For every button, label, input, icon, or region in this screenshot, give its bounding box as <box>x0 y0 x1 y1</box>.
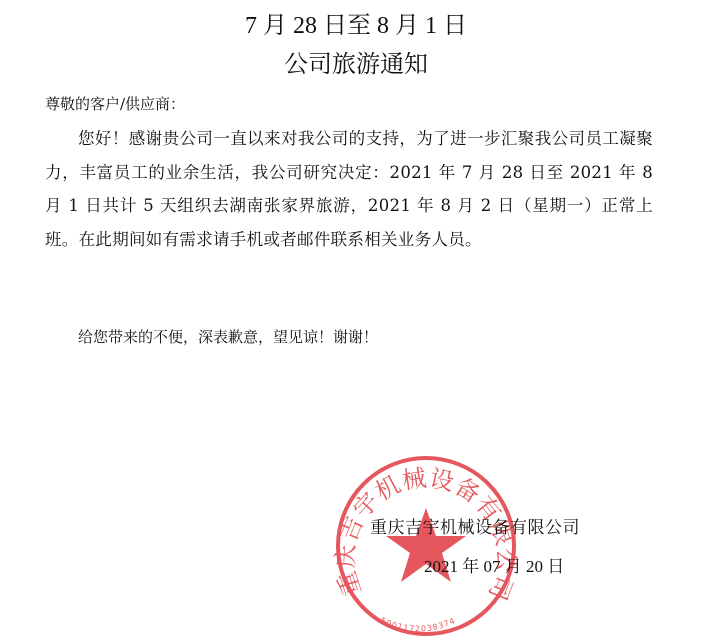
greeting: 尊敬的客户/供应商： <box>45 93 185 115</box>
apology-line: 给您带来的不便，深表歉意，望见谅！谢谢！ <box>78 326 378 348</box>
notice-title: 公司旅游通知 <box>0 48 712 80</box>
notice-date-title: 7 月 28 日至 8 月 1 日 <box>0 10 712 42</box>
company-seal-icon: 重庆吉宇机械设备有限公司 5001172038374 <box>332 452 520 640</box>
signature-company: 重庆吉宇机械设备有限公司 <box>370 515 580 541</box>
signature-date: 2021 年 07 月 20 日 <box>424 554 564 580</box>
body-paragraph: 您好！感谢贵公司一直以来对我公司的支持，为了进一步汇聚我公司员工凝聚力，丰富员工… <box>45 122 653 256</box>
